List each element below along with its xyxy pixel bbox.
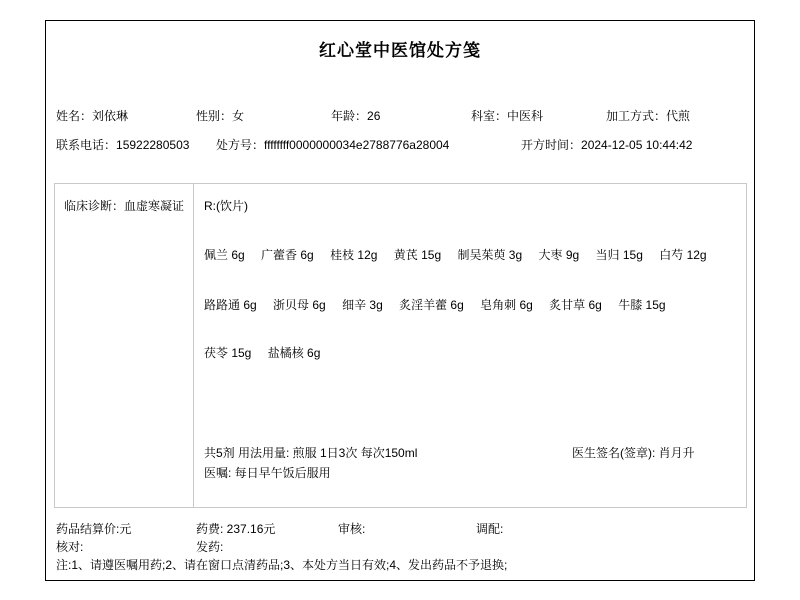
field-processing-label: 加工方式： bbox=[606, 109, 666, 123]
field-age-value: 26 bbox=[367, 109, 380, 123]
herb-item: 广藿香 6g bbox=[261, 246, 314, 263]
herb-item: 路路通 6g bbox=[204, 296, 257, 313]
herb-item: 制吴茱萸 3g bbox=[457, 246, 522, 263]
herb-item: 佩兰 6g bbox=[204, 246, 245, 263]
footer-issue: 发药: bbox=[196, 538, 223, 555]
doctor-signature: 医生签名(签章): 肖月升 bbox=[572, 444, 722, 463]
field-name: 姓名：刘依琳 bbox=[56, 107, 128, 124]
field-phone-value: 15922280503 bbox=[116, 138, 189, 152]
diagnosis-value: 血虚寒凝证 bbox=[124, 199, 184, 213]
herb-item: 浙贝母 6g bbox=[273, 296, 326, 313]
field-phone-label: 联系电话： bbox=[56, 138, 116, 152]
footer-fee-value: 237.16元 bbox=[227, 522, 276, 536]
herb-item: 当归 15g bbox=[596, 246, 643, 263]
prescription-frame: 红心堂中医馆处方笺 姓名：刘依琳 性别：女 年龄：26 科室：中医科 加工方式：… bbox=[45, 20, 755, 581]
field-phone: 联系电话：15922280503 bbox=[56, 136, 189, 153]
rx-header: R:(饮片) bbox=[204, 197, 248, 214]
prescription-cell: R:(饮片) 佩兰 6g 广藿香 6g 桂枝 12g 黄芪 15g 制吴茱萸 3… bbox=[194, 184, 746, 507]
herb-item: 黄芪 15g bbox=[394, 246, 441, 263]
field-department: 科室：中医科 bbox=[471, 107, 543, 124]
footer-settle-price: 药品结算价:元 bbox=[56, 520, 131, 537]
herb-item: 细辛 3g bbox=[342, 296, 383, 313]
footer-dispense: 调配: bbox=[476, 520, 503, 537]
diagnosis-cell: 临床诊断：血虚寒凝证 bbox=[55, 184, 194, 507]
herb-item: 炙甘草 6g bbox=[549, 296, 602, 313]
herb-line: 茯苓 15g 盐橘核 6g bbox=[204, 344, 736, 361]
herb-item: 白芍 12g bbox=[659, 246, 706, 263]
page-title: 红心堂中医馆处方笺 bbox=[46, 36, 754, 61]
doctor-instruction-line: 医嘱: 每日早午饭后服用 bbox=[204, 464, 331, 481]
field-rx-number-value: ffffffff0000000034e2788776a28004 bbox=[264, 138, 449, 152]
field-processing: 加工方式：代煎 bbox=[606, 107, 690, 124]
dosage-line: 共5剂 用法用量: 煎服 1日3次 每次150ml bbox=[204, 444, 417, 461]
herb-item: 盐橘核 6g bbox=[268, 344, 321, 361]
field-open-time: 开方时间：2024-12-05 10:44:42 bbox=[521, 136, 692, 153]
field-name-value: 刘依琳 bbox=[92, 109, 128, 123]
field-age-label: 年龄： bbox=[331, 109, 367, 123]
field-processing-value: 代煎 bbox=[666, 109, 690, 123]
prescription-table: 临床诊断：血虚寒凝证 R:(饮片) 佩兰 6g 广藿香 6g 桂枝 12g 黄芪… bbox=[54, 183, 747, 508]
herb-item: 炙淫羊藿 6g bbox=[399, 296, 464, 313]
footer-fee-label: 药费: bbox=[196, 522, 227, 536]
field-gender-label: 性别： bbox=[196, 109, 232, 123]
field-age: 年龄：26 bbox=[331, 107, 380, 124]
herb-item: 牛膝 15g bbox=[618, 296, 665, 313]
field-gender-value: 女 bbox=[232, 109, 244, 123]
herb-item: 桂枝 12g bbox=[330, 246, 377, 263]
field-department-value: 中医科 bbox=[507, 109, 543, 123]
field-gender: 性别：女 bbox=[196, 107, 244, 124]
herb-item: 皂角刺 6g bbox=[480, 296, 533, 313]
prescription-page: 红心堂中医馆处方笺 姓名：刘依琳 性别：女 年龄：26 科室：中医科 加工方式：… bbox=[0, 0, 800, 600]
field-name-label: 姓名： bbox=[56, 109, 92, 123]
herb-item: 茯苓 15g bbox=[204, 344, 251, 361]
footer-review: 审核: bbox=[338, 520, 365, 537]
footer-check: 核对: bbox=[56, 538, 83, 555]
herb-line: 路路通 6g 浙贝母 6g 细辛 3g 炙淫羊藿 6g 皂角刺 6g 炙甘草 6… bbox=[204, 296, 736, 313]
field-department-label: 科室： bbox=[471, 109, 507, 123]
footer-fee: 药费: 237.16元 bbox=[196, 520, 275, 537]
herb-line: 佩兰 6g 广藿香 6g 桂枝 12g 黄芪 15g 制吴茱萸 3g 大枣 9g… bbox=[204, 246, 736, 263]
field-rx-number: 处方号：ffffffff0000000034e2788776a28004 bbox=[216, 136, 449, 153]
field-open-time-label: 开方时间： bbox=[521, 138, 581, 152]
field-open-time-value: 2024-12-05 10:44:42 bbox=[581, 138, 692, 152]
footer-note: 注:1、请遵医嘱用药;2、请在窗口点清药品;3、本处方当日有效;4、发出药品不予… bbox=[56, 556, 507, 573]
herb-item: 大枣 9g bbox=[539, 246, 580, 263]
field-rx-number-label: 处方号： bbox=[216, 138, 264, 152]
diagnosis-label: 临床诊断： bbox=[64, 199, 124, 213]
